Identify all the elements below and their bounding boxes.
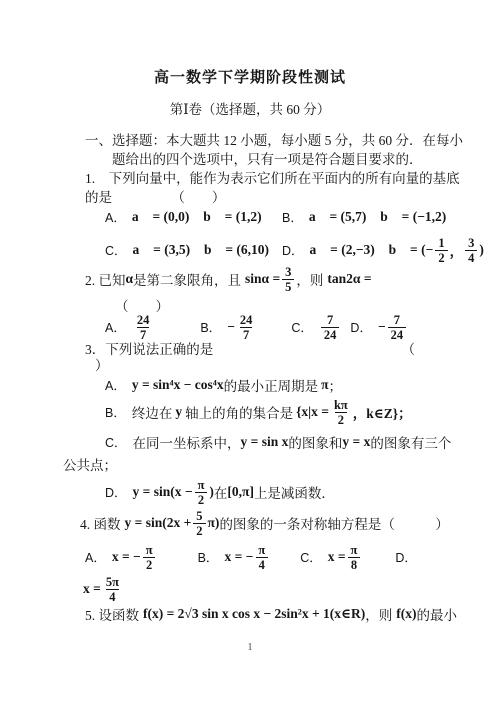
option-4c: C． x = π8 (300, 543, 362, 572)
fraction-numerator: 3 (282, 265, 294, 279)
question-5-stem: 5. 设函数 f(x) = 2√3 sin x cos x − 2sin²x +… (85, 604, 457, 624)
option-3c-line-2: 公共点； (63, 456, 117, 475)
option-math-close: ) (479, 242, 484, 258)
option-text: 终边在 (132, 402, 173, 422)
stem-text: 4. 函数 (80, 513, 121, 533)
section-heading: 第Ⅰ卷（选择题，共 60 分） (0, 98, 500, 118)
stem-text: 2. 已知 (85, 269, 126, 289)
option-label: D． (350, 318, 372, 336)
option-math: y = x (342, 434, 370, 450)
question-3-stem: 3．下列说法正确的是 （ (85, 338, 415, 358)
option-4d-continuation: x = 5π4 (83, 572, 124, 606)
fraction-denominator: 2 (143, 557, 155, 572)
fraction-denominator: 2 (195, 492, 207, 507)
option-label: A． (105, 376, 126, 394)
option-math: ，k∈Z}； (353, 402, 412, 422)
fraction-numerator: 3 (465, 236, 477, 250)
option-1b: B． a⃗ = (5,7)， b⃗ = (−1,2) (282, 208, 446, 226)
option-1d: D． a⃗ = (2,−3)， b⃗ = (− 12 ， 34 ) (282, 236, 484, 265)
option-math: y (175, 404, 182, 420)
question-2-stem: 2. 已知α是第二象限角，且sinα = 35 ，则tan2α = (85, 263, 372, 295)
fraction-numerator: 24 (134, 313, 153, 327)
stem-math: α (126, 271, 134, 287)
option-math: x = − (112, 549, 141, 565)
option-label: D． (282, 241, 304, 259)
stem-text: 的最小 (417, 604, 458, 624)
fraction: 12 (435, 236, 447, 265)
option-math: y = sin(x − (133, 484, 193, 500)
stem-text: 3．下列说法正确的是 (85, 338, 213, 358)
option-text: 上是减函数． (254, 482, 335, 502)
fraction-numerator: π (195, 478, 208, 492)
option-1c: C． a⃗ = (3,5)， b⃗ = (6,10) (105, 241, 282, 259)
instructions-line-1: 一、选择题：本大题共 12 小题，每小题 5 分，共 60 分．在每小 (85, 131, 463, 150)
fraction-denominator: 4 (465, 250, 477, 265)
fraction-numerator: 5 (193, 509, 205, 523)
option-math: {x|x = (296, 404, 329, 420)
option-text: 在同一坐标系中， (133, 432, 241, 452)
option-math: x = (328, 549, 346, 565)
fraction: π4 (255, 543, 268, 572)
stem-math: y = sin(2x + (125, 515, 192, 531)
option-label: B． (200, 318, 221, 336)
option-label: C． (105, 241, 127, 259)
fraction-denominator: 2 (335, 412, 347, 427)
fraction: π2 (195, 478, 208, 507)
option-3a: A． y = sin⁴x − cos⁴x 的最小正周期是 π ； (105, 375, 342, 395)
fraction-numerator: 24 (237, 313, 256, 327)
answer-blank-parentheses: （ ） (171, 188, 225, 207)
stem-math: f(x) (396, 606, 416, 622)
stem-text: ，则 (365, 604, 392, 624)
option-math: y = sin x (241, 434, 289, 450)
fraction-denominator: 5 (282, 279, 294, 294)
option-label: B． (105, 403, 126, 421)
fraction: kπ2 (331, 398, 351, 427)
option-math: a⃗ = (5,7)， b⃗ = (−1,2) (309, 209, 446, 225)
fraction-numerator: 5π (103, 575, 122, 589)
document-title: 高一数学下学期阶段性测试 (0, 66, 500, 87)
stem-text: 的图象的一条对称轴方程是（ ） (219, 513, 449, 533)
page-number: 1 (0, 641, 500, 653)
question-1-stem-continuation: 的是 （ ） (85, 188, 225, 207)
stem-text: ，则 (296, 269, 323, 289)
fraction-denominator: 2 (435, 250, 447, 265)
fraction-numerator: π (255, 543, 268, 557)
option-3c-line-1: C． 在同一坐标系中， y = sin x 的图象和 y = x 的图象有三个 (105, 432, 451, 452)
fraction-denominator: 4 (106, 589, 118, 604)
fraction-denominator: 8 (348, 557, 360, 572)
option-text: 的图象有三个 (370, 432, 451, 452)
option-3b: B． 终边在 y 轴上的角的集合是 {x|x = kπ2 ，k∈Z}； (105, 396, 412, 428)
fraction: 5π4 (103, 575, 122, 604)
option-text: 的最小正周期是 (224, 375, 319, 395)
option-label: D． (105, 483, 127, 501)
option-text: ； (329, 375, 343, 395)
question-1-options-row-1: A． a⃗ = (0,0)， b⃗ = (1,2) B． a⃗ = (5,7)，… (105, 208, 446, 226)
option-text: 在 (214, 482, 228, 502)
stem-math: tan2α = (327, 271, 371, 287)
question-1-stem-text: 的是 (85, 190, 112, 205)
option-math: a⃗ = (0,0)， b⃗ = (1,2) (132, 209, 262, 225)
option-math: x = − (224, 549, 253, 565)
instructions-line-2: 题给出的四个选项中，只有一项是符合题目要求的． (112, 150, 423, 169)
option-label: C． (105, 433, 127, 451)
option-label: A． (85, 548, 106, 566)
question-4-options-row: A． x = − π2 B． x = − π4 C． x = π8 D． (85, 540, 423, 574)
option-math: a⃗ = (3,5)， b⃗ = (6,10) (133, 242, 270, 258)
fraction: π2 (143, 543, 156, 572)
option-math: π (321, 377, 328, 393)
option-4b: B． x = − π4 (198, 543, 271, 572)
question-1-stem: 1. 下列向量中，能作为表示它们所在平面内的所有向量的基底 (85, 169, 460, 188)
option-3d: D． y = sin(x − π2 ) 在 [0,π] 上是减函数． (105, 476, 335, 508)
fraction-numerator: kπ (331, 398, 351, 412)
answer-blank-open-paren: （ (402, 338, 416, 358)
option-text: 轴上的角的集合是 (185, 402, 293, 422)
stem-text: 是第二象限角，且 (133, 269, 241, 289)
stem-math: f(x) = 2√3 sin x cos x − 2sin²x + 1(x∈R) (143, 606, 365, 622)
option-label: C． (300, 548, 322, 566)
option-sign: − (227, 319, 235, 335)
option-math-pre: a⃗ = (2,−3)， b⃗ = (− (310, 242, 434, 258)
question-1-options-row-2: C． a⃗ = (3,5)， b⃗ = (6,10) D． a⃗ = (2,−3… (105, 234, 484, 266)
option-label: C． (291, 318, 313, 336)
option-label: B． (198, 548, 219, 566)
option-sign: − (378, 319, 386, 335)
option-1a: A． a⃗ = (0,0)， b⃗ = (1,2) (105, 208, 282, 226)
fraction-numerator: π (348, 543, 361, 557)
option-label: A． (105, 318, 126, 336)
fraction-denominator: 4 (256, 557, 268, 572)
answer-blank-close-paren: ） (95, 356, 109, 375)
stem-math: π) (208, 515, 220, 531)
option-4a: A． x = − π2 (85, 543, 158, 572)
fraction: π8 (348, 543, 361, 572)
fraction-numerator: 7 (391, 313, 403, 327)
option-math: x = (83, 581, 101, 597)
option-label: B． (282, 208, 303, 226)
fraction-numerator: 7 (324, 313, 336, 327)
fraction-numerator: π (143, 543, 156, 557)
fraction: 34 (465, 236, 477, 265)
option-label: D． (395, 548, 417, 566)
option-4d: D． (395, 548, 423, 566)
option-text: 的图象和 (288, 432, 342, 452)
stem-text: 5. 设函数 (85, 604, 139, 624)
fraction-denominator: 2 (193, 523, 205, 538)
option-math: y = sin⁴x − cos⁴x (132, 377, 224, 393)
question-4-stem: 4. 函数 y = sin(2x + 52 π) 的图象的一条对称轴方程是（ ） (80, 506, 449, 540)
fraction-numerator: 1 (435, 236, 447, 250)
exam-document-page: 高一数学下学期阶段性测试 第Ⅰ卷（选择题，共 60 分） 一、选择题：本大题共 … (0, 0, 500, 706)
option-label: A． (105, 208, 126, 226)
option-math: [0,π] (227, 484, 254, 500)
stem-math: sinα = (245, 271, 280, 287)
option-math-comma: ， (450, 240, 464, 260)
fraction: 35 (282, 265, 294, 294)
fraction: 52 (193, 509, 205, 538)
